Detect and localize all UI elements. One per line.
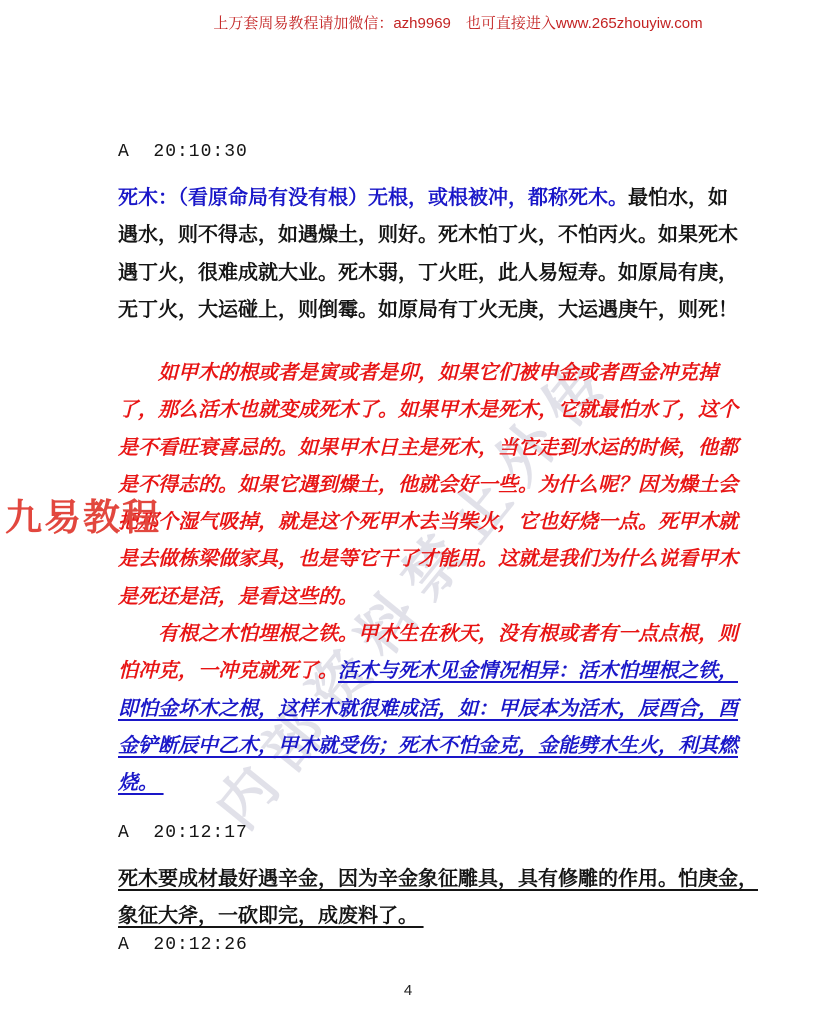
- xinjin-line: 死木要成材最好遇辛金，因为辛金象征雕具，具有修雕的作用。怕庚金，: [118, 868, 758, 890]
- header-promo-text: 上万套周易教程请加微信：azh9969 也可直接进入www.265zhouyiw…: [100, 12, 816, 33]
- roots-blue-line: 烧。: [118, 772, 164, 794]
- definition-lead-black: 最怕水，如: [628, 187, 728, 209]
- text-line: 死木要成材最好遇辛金，因为辛金象征雕具，具有修雕的作用。怕庚金，: [118, 861, 776, 898]
- text-line: 了，那么活木也就变成死木了。如果甲木是死木，它就最怕水了，这个: [118, 392, 776, 429]
- text-line: 死木：（看原命局有没有根）无根，或根被冲，都称死木。最怕水，如: [118, 180, 776, 217]
- text-line: 怕冲克，一冲克就死了。活木与死木见金情况相异：活木怕埋根之铁，: [118, 653, 776, 690]
- brand-watermark: 九易教程: [5, 487, 161, 541]
- paragraph-xinjin: 死木要成材最好遇辛金，因为辛金象征雕具，具有修雕的作用。怕庚金， 象征大斧，一砍…: [118, 861, 776, 936]
- text-line: 是去做栋梁做家具，也是等它干了才能用。这就是我们为什么说看甲木: [118, 541, 776, 578]
- timestamp-3: A 20:12:26: [118, 935, 248, 955]
- definition-lead-blue: 死木：（看原命局有没有根）无根，或根被冲，都称死木。: [118, 187, 628, 209]
- text-line: 是不看旺衰喜忌的。如果甲木日主是死木，当它走到水运的时候，他都: [118, 430, 776, 467]
- text-line: 是死还是活，是看这些的。: [118, 579, 776, 616]
- text-line: 无丁火，大运碰上，则倒霉。如原局有丁火无庚，大运遇庚午，则死！: [118, 292, 776, 329]
- text-line: 遇丁火，很难成就大业。死木弱，丁火旺，此人易短寿。如原局有庚，: [118, 255, 776, 292]
- document-page: 内部资料禁止外传 上万套周易教程请加微信：azh9969 也可直接进入www.2…: [0, 0, 816, 1025]
- roots-blue-line: 即怕金坏木之根，这样木就很难成活，如：甲辰本为活木，辰酉合，酉: [118, 698, 738, 720]
- text-line: 如甲木的根或者是寅或者是卯，如果它们被申金或者酉金冲克掉: [118, 355, 776, 392]
- text-line: 象征大斧，一砍即完，成废料了。: [118, 898, 776, 935]
- roots-blue-segment: 活木与死木见金情况相异：活木怕埋根之铁，: [338, 660, 738, 682]
- text-line: 烧。: [118, 765, 776, 802]
- text-line: 即怕金坏木之根，这样木就很难成活，如：甲辰本为活木，辰酉合，酉: [118, 691, 776, 728]
- text-line: 是不得志的。如果它遇到燥土，他就会好一些。为什么呢？因为燥土会: [118, 467, 776, 504]
- xinjin-line: 象征大斧，一砍即完，成废料了。: [118, 905, 424, 927]
- text-line: 遇水，则不得志，如遇燥土，则好。死木怕丁火，不怕丙火。如果死木: [118, 217, 776, 254]
- roots-blue-line: 金铲断辰中乙木，甲木就受伤；死木不怕金克，金能劈木生火，利其燃: [118, 735, 738, 757]
- paragraph-commentary: 如甲木的根或者是寅或者是卯，如果它们被申金或者酉金冲克掉 了，那么活木也就变成死…: [118, 355, 776, 803]
- text-line: 有根之木怕埋根之铁。甲木生在秋天，没有根或者有一点点根，则: [118, 616, 776, 653]
- page-number: 4: [0, 982, 816, 999]
- timestamp-1: A 20:10:30: [118, 142, 248, 162]
- paragraph-definition: 死木：（看原命局有没有根）无根，或根被冲，都称死木。最怕水，如 遇水，则不得志，…: [118, 180, 776, 329]
- timestamp-2: A 20:12:17: [118, 823, 248, 843]
- text-line: 把那个湿气吸掉，就是这个死甲木去当柴火，它也好烧一点。死甲木就: [118, 504, 776, 541]
- roots-red-segment: 怕冲克，一冲克就死了。: [118, 660, 338, 682]
- text-line: 金铲断辰中乙木，甲木就受伤；死木不怕金克，金能劈木生火，利其燃: [118, 728, 776, 765]
